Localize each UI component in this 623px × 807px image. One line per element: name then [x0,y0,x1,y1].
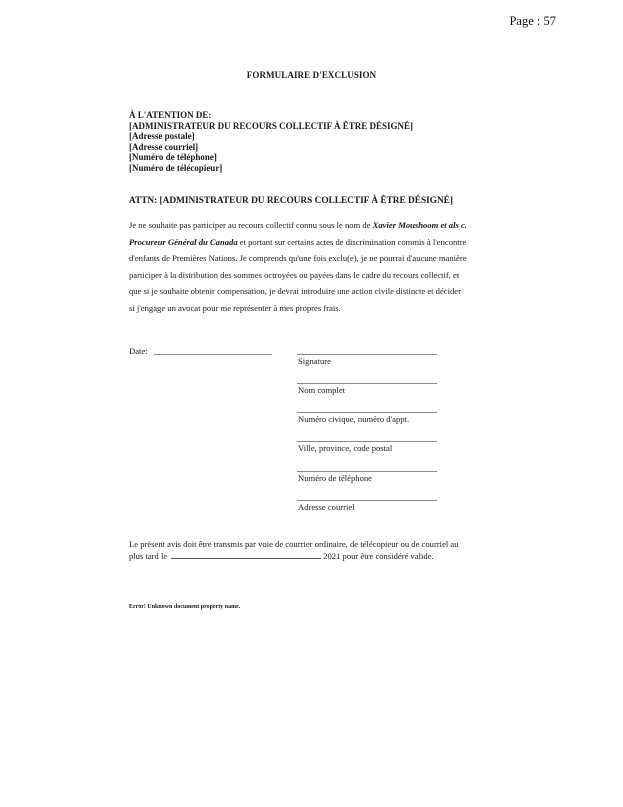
phone-field[interactable] [297,471,437,472]
notice-text: plus tard le [129,551,167,561]
date-label: Date: [129,346,148,356]
page-number: Page : 57 [509,14,556,29]
notice-line-2: plus tard le2021 pour être considéré val… [129,550,459,562]
city-province-postal-field[interactable] [297,441,437,442]
notice-text: 2021 pour être considéré valide. [323,551,434,561]
attention-heading: À L'ATENTION DE: [129,110,413,121]
body-paragraph: Je ne souhaite pas participer au recours… [129,217,504,317]
notice-line-1: Le présent avis doit être transmis par v… [129,539,459,550]
attention-line: [Adresse postale] [129,131,413,142]
signature-field[interactable] [297,354,437,355]
phone-label: Numéro de téléphone [298,473,372,483]
notice-paragraph: Le présent avis doit être transmis par v… [129,539,459,562]
body-line-1: Je ne souhaite pas participer au recours… [129,217,504,234]
email-field[interactable] [297,500,437,501]
footer-error-text: Error! Unknown document property name. [129,604,240,610]
attn-line: ATTN: [ADMINISTRATEUR DU RECOURS COLLECT… [129,196,453,206]
body-text: Je ne souhaite pas participer au recours… [129,220,373,230]
attention-block: À L'ATENTION DE: [ADMINISTRATEUR DU RECO… [129,110,413,174]
body-line-6: si j'engage un avocat pour me représente… [129,300,504,317]
deadline-date-field[interactable] [171,550,321,559]
full-name-field[interactable] [297,383,437,384]
email-label: Adresse courriel [298,502,355,512]
form-title: FORMULAIRE D'EXCLUSION [0,70,623,80]
street-address-label: Numéro civique, numéro d'appt. [298,414,409,424]
case-name: Procureur Général du Canada [129,237,238,247]
body-line-4: participer à la distribution des sommes … [129,267,504,284]
body-line-5: que si je souhaite obtenir compensation,… [129,283,504,300]
body-line-3: d'enfants de Premières Nations. Je compr… [129,250,504,267]
attention-line: [Numéro de télécopieur] [129,163,413,174]
case-name: Xavier Moushoom et als c. [373,220,467,230]
body-text: et portant sur certains actes de discrim… [238,237,467,247]
street-address-field[interactable] [297,412,437,413]
city-province-postal-label: Ville, province, code postal [298,443,392,453]
signature-label: Signature [298,356,331,366]
body-line-2: Procureur Général du Canada et portant s… [129,234,504,251]
attention-line: [Numéro de téléphone] [129,152,413,163]
date-field[interactable] [154,354,272,355]
full-name-label: Nom complet [298,385,345,395]
attention-line: [Adresse courriel] [129,142,413,153]
attention-line: [ADMINISTRATEUR DU RECOURS COLLECTIF À Ê… [129,121,413,132]
